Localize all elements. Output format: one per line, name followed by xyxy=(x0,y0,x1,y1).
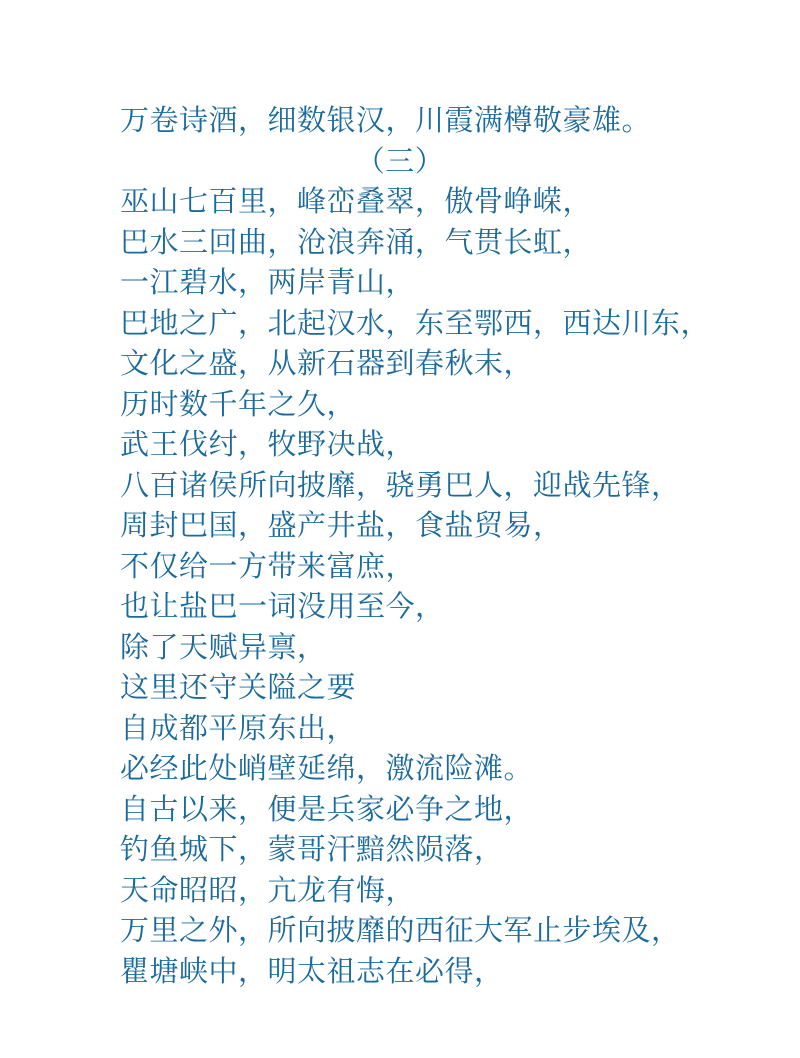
poem-line-lead: 万卷诗酒，细数银汉，川霞满樽敬豪雄。 xyxy=(120,100,760,141)
poem-line: 巫山七百里，峰峦叠翠，傲骨峥嵘， xyxy=(120,181,760,222)
poem-line: 万里之外，所向披靡的西征大军止步埃及， xyxy=(120,910,760,951)
poem-line: 天命昭昭，亢龙有悔， xyxy=(120,870,760,911)
document-page: 万卷诗酒，细数银汉，川霞满樽敬豪雄。 （三） 巫山七百里，峰峦叠翠，傲骨峥嵘， … xyxy=(0,0,800,1058)
poem-line: 八百诸侯所向披靡，骁勇巴人，迎战先锋， xyxy=(120,465,760,506)
poem-line: 自成都平原东出， xyxy=(120,708,760,749)
poem-line: 这里还守关隘之要 xyxy=(120,667,760,708)
poem-line: 巴地之广，北起汉水，东至鄂西，西达川东， xyxy=(120,303,760,344)
poem-line: 一江碧水，两岸青山， xyxy=(120,262,760,303)
poem-line: 文化之盛，从新石器到春秋末， xyxy=(120,343,760,384)
poem-line: 除了天赋异禀， xyxy=(120,627,760,668)
poem-line: 历时数千年之久， xyxy=(120,384,760,425)
poem-line: 不仅给一方带来富庶， xyxy=(120,546,760,587)
section-title: （三） xyxy=(120,141,680,182)
poem-line: 自古以来，便是兵家必争之地， xyxy=(120,789,760,830)
poem-line: 也让盐巴一词没用至今， xyxy=(120,586,760,627)
poem-line: 瞿塘峡中，明太祖志在必得， xyxy=(120,951,760,992)
poem-line: 武王伐纣，牧野决战， xyxy=(120,424,760,465)
poem-line: 钓鱼城下，蒙哥汗黯然陨落， xyxy=(120,829,760,870)
poem-line: 巴水三回曲，沧浪奔涌，气贯长虹， xyxy=(120,222,760,263)
poem-body: 万卷诗酒，细数银汉，川霞满樽敬豪雄。 （三） 巫山七百里，峰峦叠翠，傲骨峥嵘， … xyxy=(120,100,760,991)
poem-line: 周封巴国，盛产井盐，食盐贸易， xyxy=(120,505,760,546)
poem-line: 必经此处峭壁延绵，激流险滩。 xyxy=(120,748,760,789)
